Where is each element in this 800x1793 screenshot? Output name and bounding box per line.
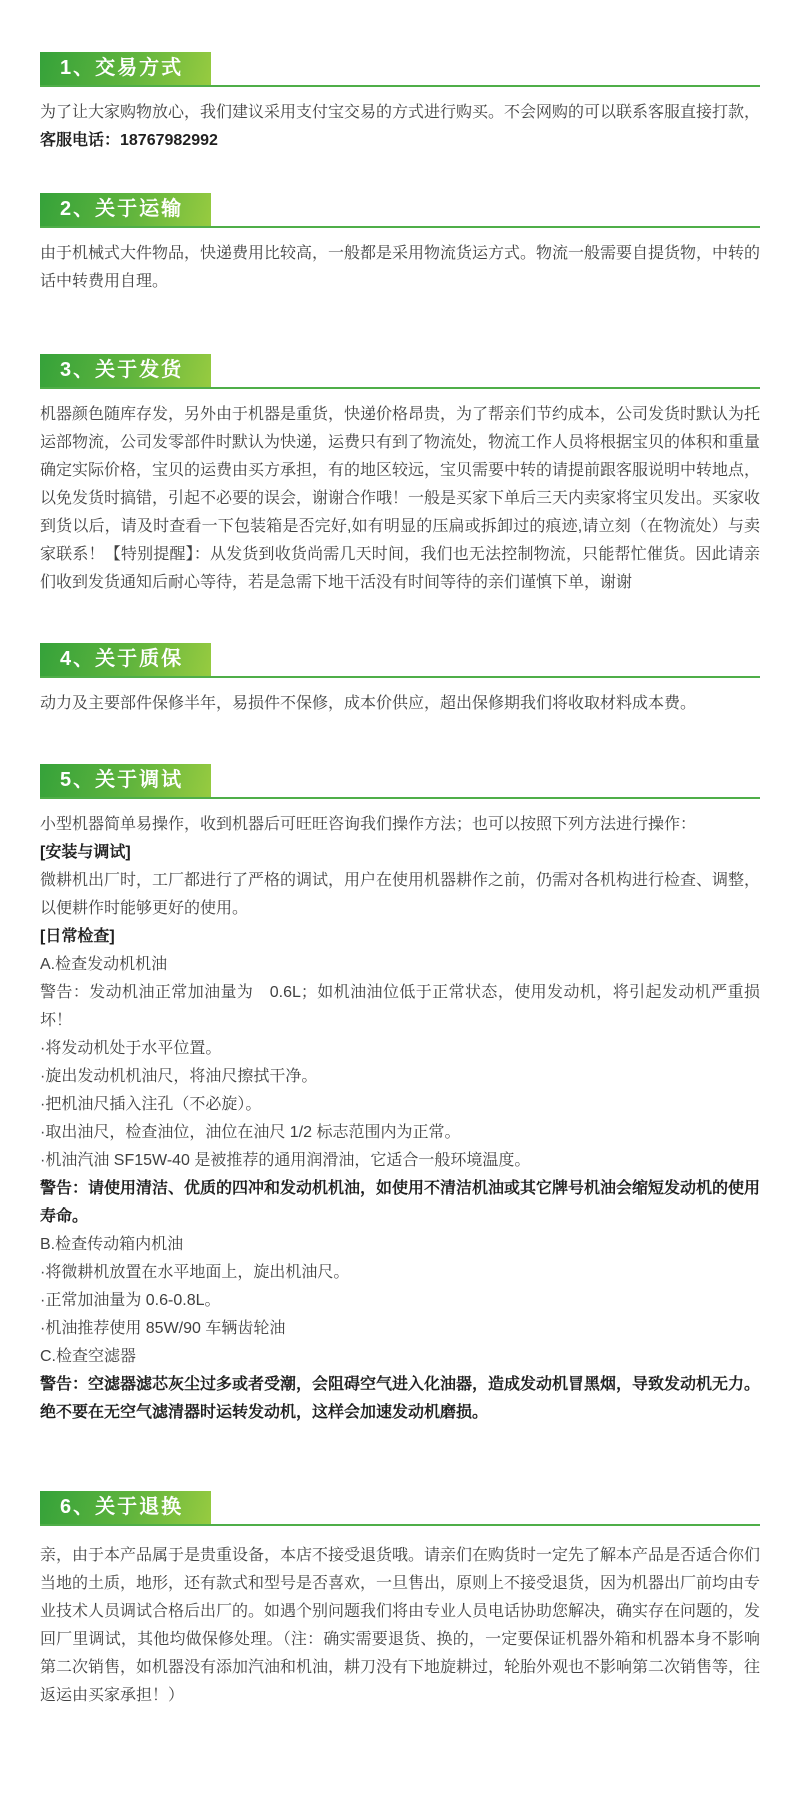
section-heading-badge: 2、关于运输 [40, 193, 211, 226]
debug-subheading-daily-check: [日常检查] [40, 923, 760, 951]
section-heading-badge: 1、交易方式 [40, 52, 211, 85]
debug-step-a: A.检查发动机机油 [40, 951, 760, 979]
paragraph-text: 为了让大家购物放心，我们建议采用支付宝交易的方式进行购买。不会网购的可以联系客服… [40, 104, 760, 121]
section-trade-method: 1、交易方式 为了让大家购物放心，我们建议采用支付宝交易的方式进行购买。不会网购… [40, 52, 760, 155]
debug-bullet: ·机油推荐使用 85W/90 车辆齿轮油 [40, 1315, 760, 1343]
section-paragraph: 动力及主要部件保修半年，易损件不保修，成本价供应，超出保修期我们将收取材料成本费… [40, 690, 760, 718]
debug-bullet: ·旋出发动机机油尺，将油尺擦拭干净。 [40, 1063, 760, 1091]
section-heading-badge: 4、关于质保 [40, 643, 211, 676]
debug-warning-clean-oil: 警告：请使用清洁、优质的四冲和发动机机油，如使用不清洁机油或其它牌号机油会缩短发… [40, 1175, 760, 1231]
section-paragraph: 由于机械式大件物品，快递费用比较高，一般都是采用物流货运方式。物流一般需要自提货… [40, 240, 760, 296]
debug-step-b: B.检查传动箱内机油 [40, 1231, 760, 1259]
section-header: 3、关于发货 [40, 354, 760, 389]
section-header: 6、关于退换 [40, 1491, 760, 1526]
section-header: 5、关于调试 [40, 764, 760, 799]
debug-bullet: ·将发动机处于水平位置。 [40, 1035, 760, 1063]
section-heading-badge: 5、关于调试 [40, 764, 211, 797]
debug-subheading-install: [安装与调试] [40, 839, 760, 867]
debug-bullet: ·把机油尺插入注孔（不必旋）。 [40, 1091, 760, 1119]
debug-step-c: C.检查空滤器 [40, 1343, 760, 1371]
section-delivery: 3、关于发货 机器颜色随库存发，另外由于机器是重货，快递价格昂贵，为了帮亲们节约… [40, 354, 760, 597]
debug-bullet: ·机油汽油 SF15W-40 是被推荐的通用润滑油，它适合一般环境温度。 [40, 1147, 760, 1175]
section-shipping: 2、关于运输 由于机械式大件物品，快递费用比较高，一般都是采用物流货运方式。物流… [40, 193, 760, 296]
section-returns: 6、关于退换 亲，由于本产品属于是贵重设备，本店不接受退货哦。请亲们在购货时一定… [40, 1491, 760, 1710]
debug-bullet: ·取出油尺，检查油位，油位在油尺 1/2 标志范围内为正常。 [40, 1119, 760, 1147]
debug-line: 微耕机出厂时，工厂都进行了严格的调试，用户在使用机器耕作之前，仍需对各机构进行检… [40, 867, 760, 923]
section-header: 1、交易方式 [40, 52, 760, 87]
section-heading-badge: 6、关于退换 [40, 1491, 211, 1524]
section-header: 4、关于质保 [40, 643, 760, 678]
debug-bullet: ·将微耕机放置在水平地面上，旋出机油尺。 [40, 1259, 760, 1287]
section-header: 2、关于运输 [40, 193, 760, 228]
debug-warning-oil-level: 警告：发动机油正常加油量为 0.6L；如机油油位低于正常状态，使用发动机，将引起… [40, 979, 760, 1035]
customer-service-phone: 客服电话：18767982992 [40, 132, 218, 149]
product-description-page: 1、交易方式 为了让大家购物放心，我们建议采用支付宝交易的方式进行购买。不会网购… [0, 0, 800, 1793]
debug-bullet: ·正常加油量为 0.6-0.8L。 [40, 1287, 760, 1315]
section-paragraph: 机器颜色随库存发，另外由于机器是重货，快递价格昂贵，为了帮亲们节约成本，公司发货… [40, 401, 760, 597]
section-debugging: 5、关于调试 小型机器简单易操作，收到机器后可旺旺咨询我们操作方法；也可以按照下… [40, 764, 760, 1427]
section-paragraph: 亲，由于本产品属于是贵重设备，本店不接受退货哦。请亲们在购货时一定先了解本产品是… [40, 1542, 760, 1710]
section-heading-badge: 3、关于发货 [40, 354, 211, 387]
section-warranty: 4、关于质保 动力及主要部件保修半年，易损件不保修，成本价供应，超出保修期我们将… [40, 643, 760, 718]
debug-warning-air-filter: 警告：空滤器滤芯灰尘过多或者受潮，会阻碍空气进入化油器，造成发动机冒黑烟，导致发… [40, 1371, 760, 1427]
section-paragraph: 为了让大家购物放心，我们建议采用支付宝交易的方式进行购买。不会网购的可以联系客服… [40, 99, 760, 155]
debug-line: 小型机器简单易操作，收到机器后可旺旺咨询我们操作方法；也可以按照下列方法进行操作… [40, 811, 760, 839]
